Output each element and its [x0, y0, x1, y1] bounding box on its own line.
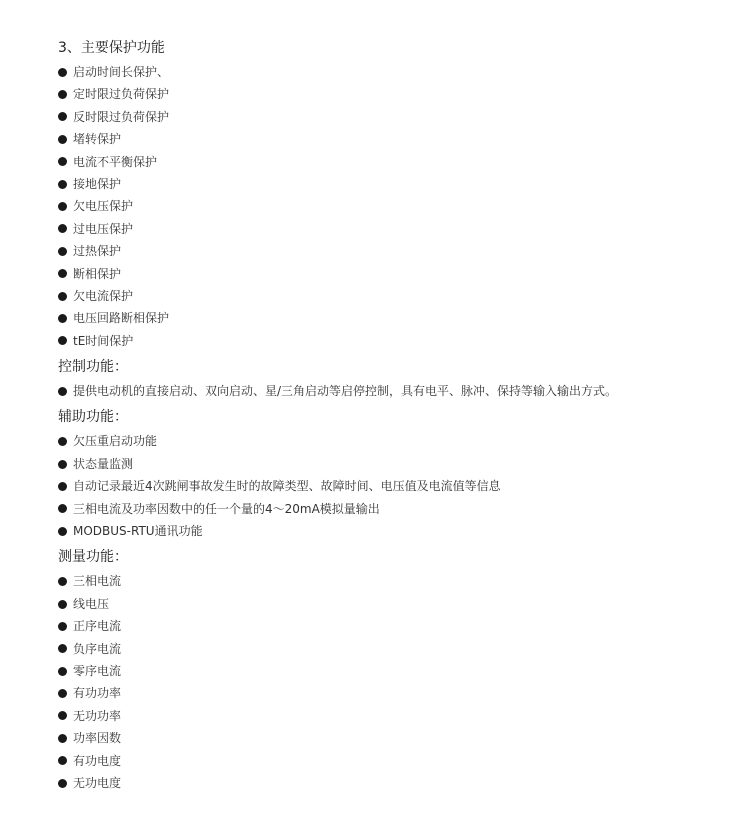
bullet-icon: [58, 734, 67, 743]
bullet-list: 提供电动机的直接启动、双向启动、星/三角启动等启停控制，具有电平、脉冲、保持等输…: [58, 380, 738, 402]
list-item: 三相电流及功率因数中的任一个量的4～20mA模拟量输出: [58, 498, 738, 520]
bullet-icon: [58, 644, 67, 653]
list-item: 自动记录最近4次跳闸事故发生时的故障类型、故障时间、电压值及电流值等信息: [58, 475, 738, 497]
list-item-text: 过热保护: [73, 240, 121, 262]
section: 辅助功能：欠压重启动功能状态量监测自动记录最近4次跳闸事故发生时的故障类型、故障…: [58, 405, 738, 542]
list-item-text: 状态量监测: [73, 453, 133, 475]
list-item-text: 接地保护: [73, 173, 121, 195]
list-item-text: 三相电流: [73, 570, 121, 592]
bullet-icon: [58, 387, 67, 396]
list-item: 过电压保护: [58, 218, 738, 240]
bullet-icon: [58, 482, 67, 491]
list-item-text: 启动时间长保护、: [73, 61, 169, 83]
list-item-text: tE时间保护: [73, 330, 133, 352]
list-item-text: 欠压重启动功能: [73, 430, 157, 452]
bullet-list: 欠压重启动功能状态量监测自动记录最近4次跳闸事故发生时的故障类型、故障时间、电压…: [58, 430, 738, 542]
bullet-icon: [58, 314, 67, 323]
bullet-icon: [58, 180, 67, 189]
list-item: 启动时间长保护、: [58, 61, 738, 83]
list-item-text: 反时限过负荷保护: [73, 106, 169, 128]
section-heading: 辅助功能：: [58, 405, 738, 430]
list-item: 堵转保护: [58, 128, 738, 150]
list-item-text: 电压回路断相保护: [73, 307, 169, 329]
list-item-text: 提供电动机的直接启动、双向启动、星/三角启动等启停控制，具有电平、脉冲、保持等输…: [73, 380, 617, 402]
bullet-icon: [58, 437, 67, 446]
section-heading: 测量功能：: [58, 545, 738, 570]
list-item: MODBUS-RTU通讯功能: [58, 520, 738, 542]
bullet-icon: [58, 135, 67, 144]
bullet-icon: [58, 202, 67, 211]
list-item-text: 欠电压保护: [73, 195, 133, 217]
list-item-text: 自动记录最近4次跳闸事故发生时的故障类型、故障时间、电压值及电流值等信息: [73, 475, 501, 497]
list-item-text: 电流不平衡保护: [73, 151, 157, 173]
list-item-text: 无功功率: [73, 705, 121, 727]
list-item-text: 有功电度: [73, 750, 121, 772]
section-heading: 3、主要保护功能: [58, 36, 738, 61]
section: 控制功能：提供电动机的直接启动、双向启动、星/三角启动等启停控制，具有电平、脉冲…: [58, 355, 738, 402]
list-item: 有功电度: [58, 750, 738, 772]
section: 3、主要保护功能启动时间长保护、定时限过负荷保护反时限过负荷保护堵转保护电流不平…: [58, 36, 738, 352]
section: 测量功能：三相电流线电压正序电流负序电流零序电流有功功率无功功率功率因数有功电度…: [58, 545, 738, 794]
list-item: 电压回路断相保护: [58, 307, 738, 329]
bullet-icon: [58, 460, 67, 469]
list-item-text: 堵转保护: [73, 128, 121, 150]
bullet-icon: [58, 504, 67, 513]
list-item-text: 零序电流: [73, 660, 121, 682]
list-item-text: 欠电流保护: [73, 285, 133, 307]
bullet-icon: [58, 577, 67, 586]
bullet-icon: [58, 527, 67, 536]
list-item: 有功功率: [58, 682, 738, 704]
bullet-icon: [58, 112, 67, 121]
list-item-text: 正序电流: [73, 615, 121, 637]
bullet-icon: [58, 247, 67, 256]
list-item: 正序电流: [58, 615, 738, 637]
list-item-text: 功率因数: [73, 727, 121, 749]
list-item: 定时限过负荷保护: [58, 83, 738, 105]
list-item-text: 断相保护: [73, 263, 121, 285]
bullet-icon: [58, 90, 67, 99]
list-item-text: 负序电流: [73, 638, 121, 660]
list-item: 无功电度: [58, 772, 738, 794]
list-item: 欠电流保护: [58, 285, 738, 307]
bullet-icon: [58, 667, 67, 676]
list-item: 断相保护: [58, 263, 738, 285]
list-item: 提供电动机的直接启动、双向启动、星/三角启动等启停控制，具有电平、脉冲、保持等输…: [58, 380, 738, 402]
bullet-icon: [58, 779, 67, 788]
list-item: 反时限过负荷保护: [58, 106, 738, 128]
list-item: 三相电流: [58, 570, 738, 592]
bullet-icon: [58, 269, 67, 278]
list-item: 零序电流: [58, 660, 738, 682]
document: 3、主要保护功能启动时间长保护、定时限过负荷保护反时限过负荷保护堵转保护电流不平…: [58, 36, 738, 794]
bullet-icon: [58, 336, 67, 345]
section-heading: 控制功能：: [58, 355, 738, 380]
list-item-text: 定时限过负荷保护: [73, 83, 169, 105]
list-item-text: MODBUS-RTU通讯功能: [73, 520, 203, 542]
bullet-list: 三相电流线电压正序电流负序电流零序电流有功功率无功功率功率因数有功电度无功电度: [58, 570, 738, 794]
list-item: 负序电流: [58, 638, 738, 660]
bullet-icon: [58, 68, 67, 77]
bullet-icon: [58, 600, 67, 609]
list-item: 接地保护: [58, 173, 738, 195]
list-item: 无功功率: [58, 705, 738, 727]
list-item-text: 三相电流及功率因数中的任一个量的4～20mA模拟量输出: [73, 498, 380, 520]
list-item: 功率因数: [58, 727, 738, 749]
bullet-icon: [58, 224, 67, 233]
list-item: 状态量监测: [58, 453, 738, 475]
list-item: 欠压重启动功能: [58, 430, 738, 452]
list-item: 过热保护: [58, 240, 738, 262]
bullet-icon: [58, 157, 67, 166]
bullet-icon: [58, 756, 67, 765]
list-item-text: 过电压保护: [73, 218, 133, 240]
list-item: 线电压: [58, 593, 738, 615]
bullet-list: 启动时间长保护、定时限过负荷保护反时限过负荷保护堵转保护电流不平衡保护接地保护欠…: [58, 61, 738, 352]
list-item-text: 线电压: [73, 593, 109, 615]
list-item: tE时间保护: [58, 330, 738, 352]
list-item-text: 有功功率: [73, 682, 121, 704]
bullet-icon: [58, 622, 67, 631]
list-item-text: 无功电度: [73, 772, 121, 794]
bullet-icon: [58, 689, 67, 698]
bullet-icon: [58, 711, 67, 720]
bullet-icon: [58, 292, 67, 301]
list-item: 电流不平衡保护: [58, 151, 738, 173]
list-item: 欠电压保护: [58, 195, 738, 217]
